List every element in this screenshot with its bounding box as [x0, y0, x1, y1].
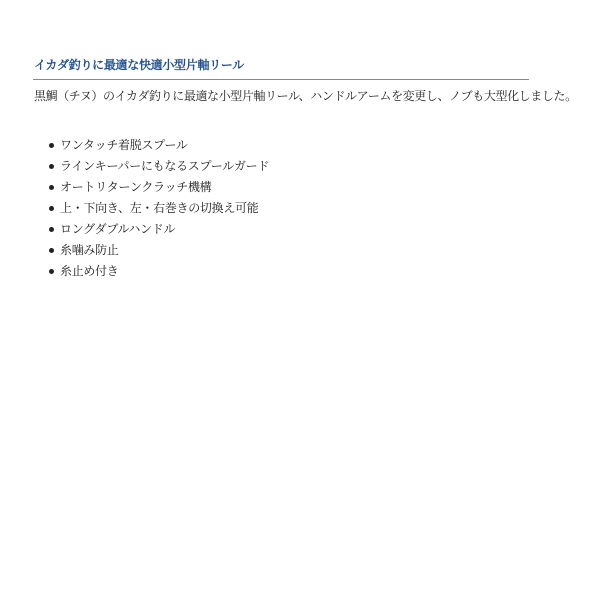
- bullet-icon: [49, 227, 54, 232]
- bullet-icon: [49, 185, 54, 190]
- feature-item: 糸噛み防止: [34, 242, 269, 263]
- product-heading: イカダ釣りに最適な快適小型片軸リール: [34, 56, 244, 73]
- feature-item: 上・下向き、左・右巻きの切換え可能: [34, 200, 269, 221]
- bullet-icon: [49, 269, 54, 274]
- bullet-icon: [49, 206, 54, 211]
- bullet-icon: [49, 143, 54, 148]
- feature-item: ワンタッチ着脱スプール: [34, 137, 269, 158]
- bullet-icon: [49, 164, 54, 169]
- bullet-icon: [49, 248, 54, 253]
- feature-item: ロングダブルハンドル: [34, 221, 269, 242]
- feature-item: オートリターンクラッチ機構: [34, 179, 269, 200]
- feature-item: 糸止め付き: [34, 263, 269, 284]
- product-description: 黒鯛（チヌ）のイカダ釣りに最適な小型片軸リール、ハンドルアームを変更し、ノブも大…: [34, 87, 577, 104]
- feature-item: ラインキーパーにもなるスプールガード: [34, 158, 269, 179]
- divider: [33, 79, 529, 80]
- feature-list: ワンタッチ着脱スプール ラインキーパーにもなるスプールガード オートリターンクラ…: [34, 137, 269, 284]
